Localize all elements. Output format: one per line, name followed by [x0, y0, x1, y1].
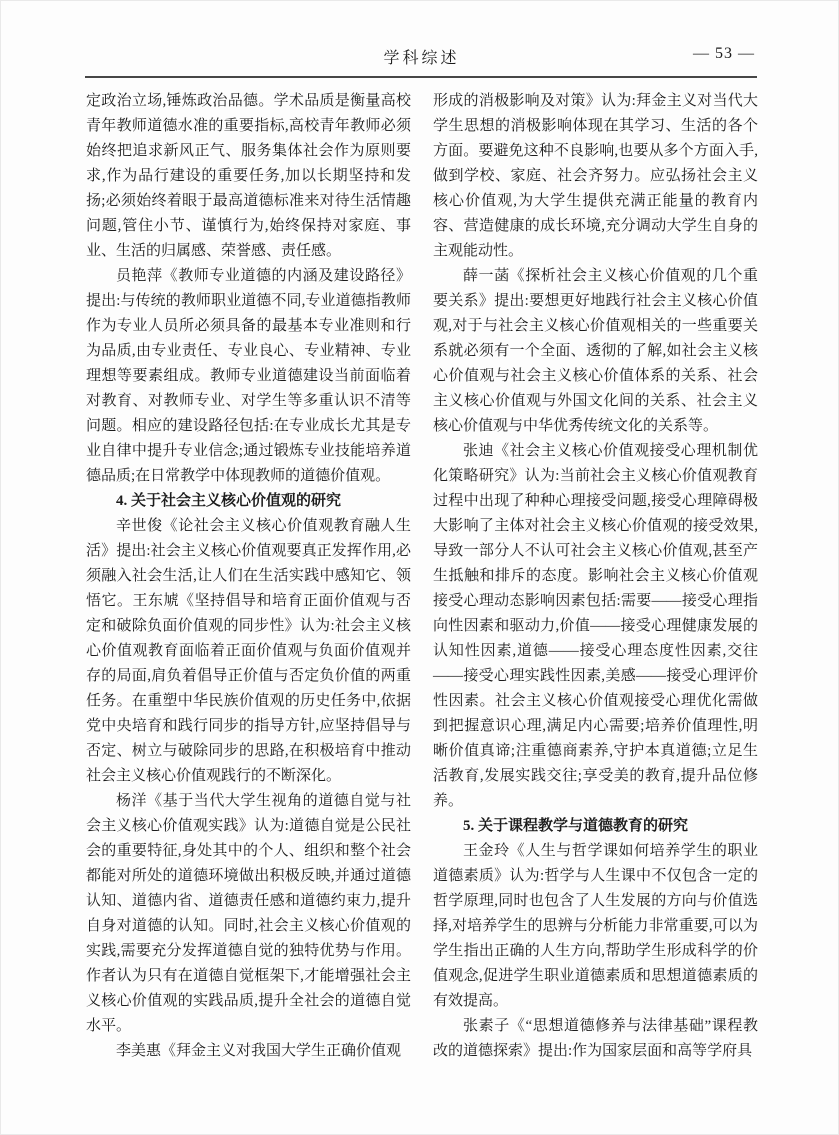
section-heading: 4. 关于社会主义核心价值观的研究 [86, 489, 411, 514]
paragraph: 杨洋《基于当代大学生视角的道德自觉与社会主义核心价值观实践》认为:道德自觉是公民… [86, 789, 411, 1039]
page-header: 学科综述 — 53 — [86, 45, 757, 69]
paragraph: 张素子《“思想道德修养与法律基础”课程教改的道德探索》提出:作为国家层面和高等学… [433, 1014, 758, 1064]
paragraph: 员艳萍《教师专业道德的内涵及建设路径》提出:与传统的教师职业道德不同,专业道德指… [86, 264, 411, 489]
paragraph-continuation: 定政治立场,锤炼政治品德。学术品质是衡量高校青年教师道德水准的重要指标,高校青年… [86, 89, 411, 264]
section-heading: 5. 关于课程教学与道德教育的研究 [433, 814, 758, 839]
page-number: — 53 — [693, 45, 755, 63]
paragraph-continuation: 形成的消极影响及对策》认为:拜金主义对当代大学生思想的消极影响体现在其学习、生活… [433, 89, 758, 264]
paragraph: 张迪《社会主义核心价值观接受心理机制优化策略研究》认为:当前社会主义核心价值观教… [433, 439, 758, 814]
journal-page: 学科综述 — 53 — 定政治立场,锤炼政治品德。学术品质是衡量高校青年教师道德… [0, 0, 839, 1135]
right-column: 形成的消极影响及对策》认为:拜金主义对当代大学生思想的消极影响体现在其学习、生活… [433, 89, 758, 1064]
paragraph: 薛一菡《探析社会主义核心价值观的几个重要关系》提出:要想更好地践行社会主义核心价… [433, 264, 758, 439]
left-column: 定政治立场,锤炼政治品德。学术品质是衡量高校青年教师道德水准的重要指标,高校青年… [86, 89, 411, 1064]
paragraph: 王金玲《人生与哲学课如何培养学生的职业道德素质》认为:哲学与人生课中不仅包含一定… [433, 839, 758, 1014]
paragraph: 李美惠《拜金主义对我国大学生正确价值观 [86, 1039, 411, 1064]
running-head-title: 学科综述 [86, 45, 757, 68]
header-rule [85, 76, 757, 78]
text-body: 定政治立场,锤炼政治品德。学术品质是衡量高校青年教师道德水准的重要指标,高校青年… [86, 89, 758, 1064]
paragraph: 辛世俊《论社会主义核心价值观教育融人生活》提出:社会主义核心价值观要真正发挥作用… [86, 514, 411, 789]
